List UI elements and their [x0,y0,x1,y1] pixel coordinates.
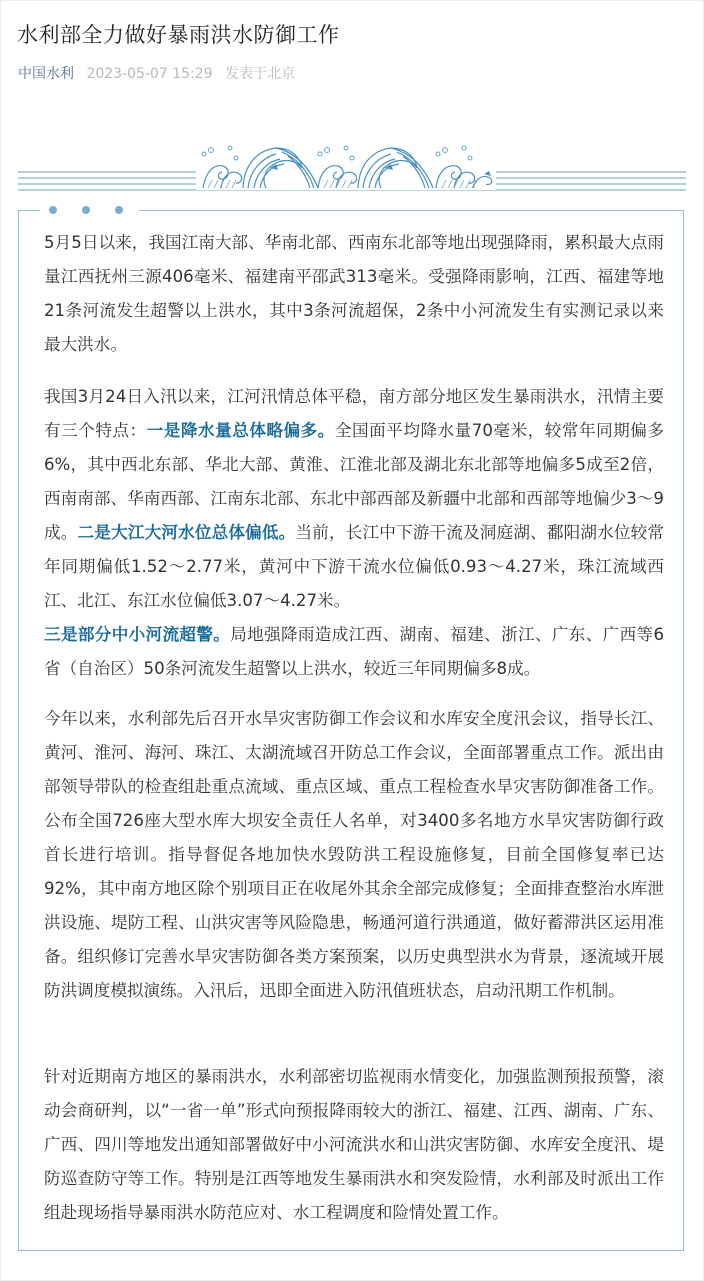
paragraph-1: 5月5日以来，我国江南大部、华南北部、西南东北部等地出现强降雨，累积最大点雨量江… [44,226,664,362]
box-border-top-right [139,210,684,211]
highlight-point-2: 二是大江大河水位总体偏低。 [78,523,296,542]
paragraph-4: 针对近期南方地区的暴雨洪水，水利部密切监视雨水情变化，加强监测预报预警，滚动会商… [44,1060,664,1230]
dot-icon [115,206,123,214]
dot-icon [49,206,57,214]
publish-date: 2023-05-07 15:29 [86,66,212,82]
paragraph-3: 今年以来，水利部先后召开水旱灾害防御工作会议和水库安全度汛会议，指导长江、黄河、… [44,702,664,1008]
box-border-top-left [18,210,40,211]
wave-icon [18,124,686,200]
source-link[interactable]: 中国水利 [18,66,74,82]
publish-location: 发表于北京 [225,66,295,82]
paragraph-2: 我国3月24日入汛以来，江河汛情总体平稳，南方部分地区发生暴雨洪水，汛情主要有三… [44,380,664,686]
highlight-point-3: 三是部分中小河流超警。 [44,625,230,644]
article-title: 水利部全力做好暴雨洪水防御工作 [17,19,340,51]
highlight-point-1: 一是降水量总体略偏多。 [147,421,335,440]
article-content-box: 5月5日以来，我国江南大部、华南北部、西南东北部等地出现强降雨，累积最大点雨量江… [18,210,684,1251]
article-meta: 中国水利 2023-05-07 15:29 发表于北京 [18,64,295,84]
dot-icon [82,206,90,214]
wave-banner-decoration [18,124,686,200]
